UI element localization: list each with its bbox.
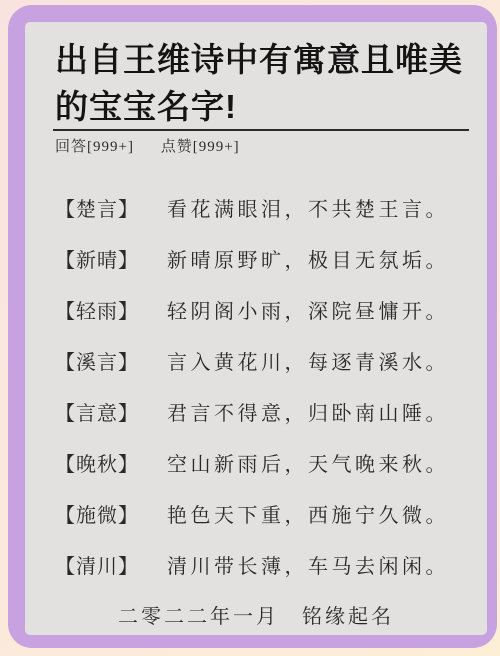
content-card: 出自王维诗中有寓意且唯美的宝宝名字! 回答[999+] 点赞[999+] 【楚言… (25, 22, 487, 635)
poem-text: 空山新雨后，天气晚来秋。 (167, 448, 465, 477)
name-row: 【新晴】 新晴原野旷，极目无氛垢。 (55, 233, 465, 284)
name-label: 【轻雨】 (55, 295, 151, 324)
poster-title: 出自王维诗中有寓意且唯美的宝宝名字! (55, 36, 469, 130)
poem-text: 新晴原野旷，极目无氛垢。 (167, 244, 465, 273)
poem-text: 看花满眼泪，不共楚王言。 (167, 193, 465, 222)
name-row: 【晚秋】 空山新雨后，天气晚来秋。 (55, 437, 465, 488)
name-row: 【清川】 清川带长薄，车马去闲闲。 (55, 539, 465, 590)
poem-text: 轻阴阁小雨，深院昼慵开。 (167, 295, 465, 324)
poem-text: 艳色天下重，西施宁久微。 (167, 499, 465, 528)
name-label: 【施微】 (55, 499, 151, 528)
likes-count: 点赞[999+] (161, 139, 240, 155)
poem-text: 君言不得意，归卧南山陲。 (167, 397, 465, 426)
poem-text: 清川带长薄，车马去闲闲。 (167, 550, 465, 579)
poster-background: 出自王维诗中有寓意且唯美的宝宝名字! 回答[999+] 点赞[999+] 【楚言… (0, 0, 500, 656)
title-divider (53, 129, 469, 131)
name-label: 【溪言】 (55, 346, 151, 375)
poem-text: 言入黄花川，每逐青溪水。 (167, 346, 465, 375)
name-row: 【言意】 君言不得意，归卧南山陲。 (55, 386, 465, 437)
name-label: 【言意】 (55, 397, 151, 426)
stats-line: 回答[999+] 点赞[999+] (55, 135, 240, 156)
name-row: 【楚言】 看花满眼泪，不共楚王言。 (55, 182, 465, 233)
name-row: 【轻雨】 轻阴阁小雨，深院昼慵开。 (55, 284, 465, 335)
name-row: 【溪言】 言入黄花川，每逐青溪水。 (55, 335, 465, 386)
name-list: 【楚言】 看花满眼泪，不共楚王言。 【新晴】 新晴原野旷，极目无氛垢。 【轻雨】… (55, 182, 465, 590)
name-label: 【晚秋】 (55, 448, 151, 477)
answers-count: 回答[999+] (55, 139, 134, 155)
footer-text: 二零二二年一月 铭缘起名 (25, 600, 487, 629)
name-label: 【新晴】 (55, 244, 151, 273)
name-label: 【楚言】 (55, 193, 151, 222)
name-label: 【清川】 (55, 550, 151, 579)
purple-frame: 出自王维诗中有寓意且唯美的宝宝名字! 回答[999+] 点赞[999+] 【楚言… (8, 5, 497, 648)
name-row: 【施微】 艳色天下重，西施宁久微。 (55, 488, 465, 539)
